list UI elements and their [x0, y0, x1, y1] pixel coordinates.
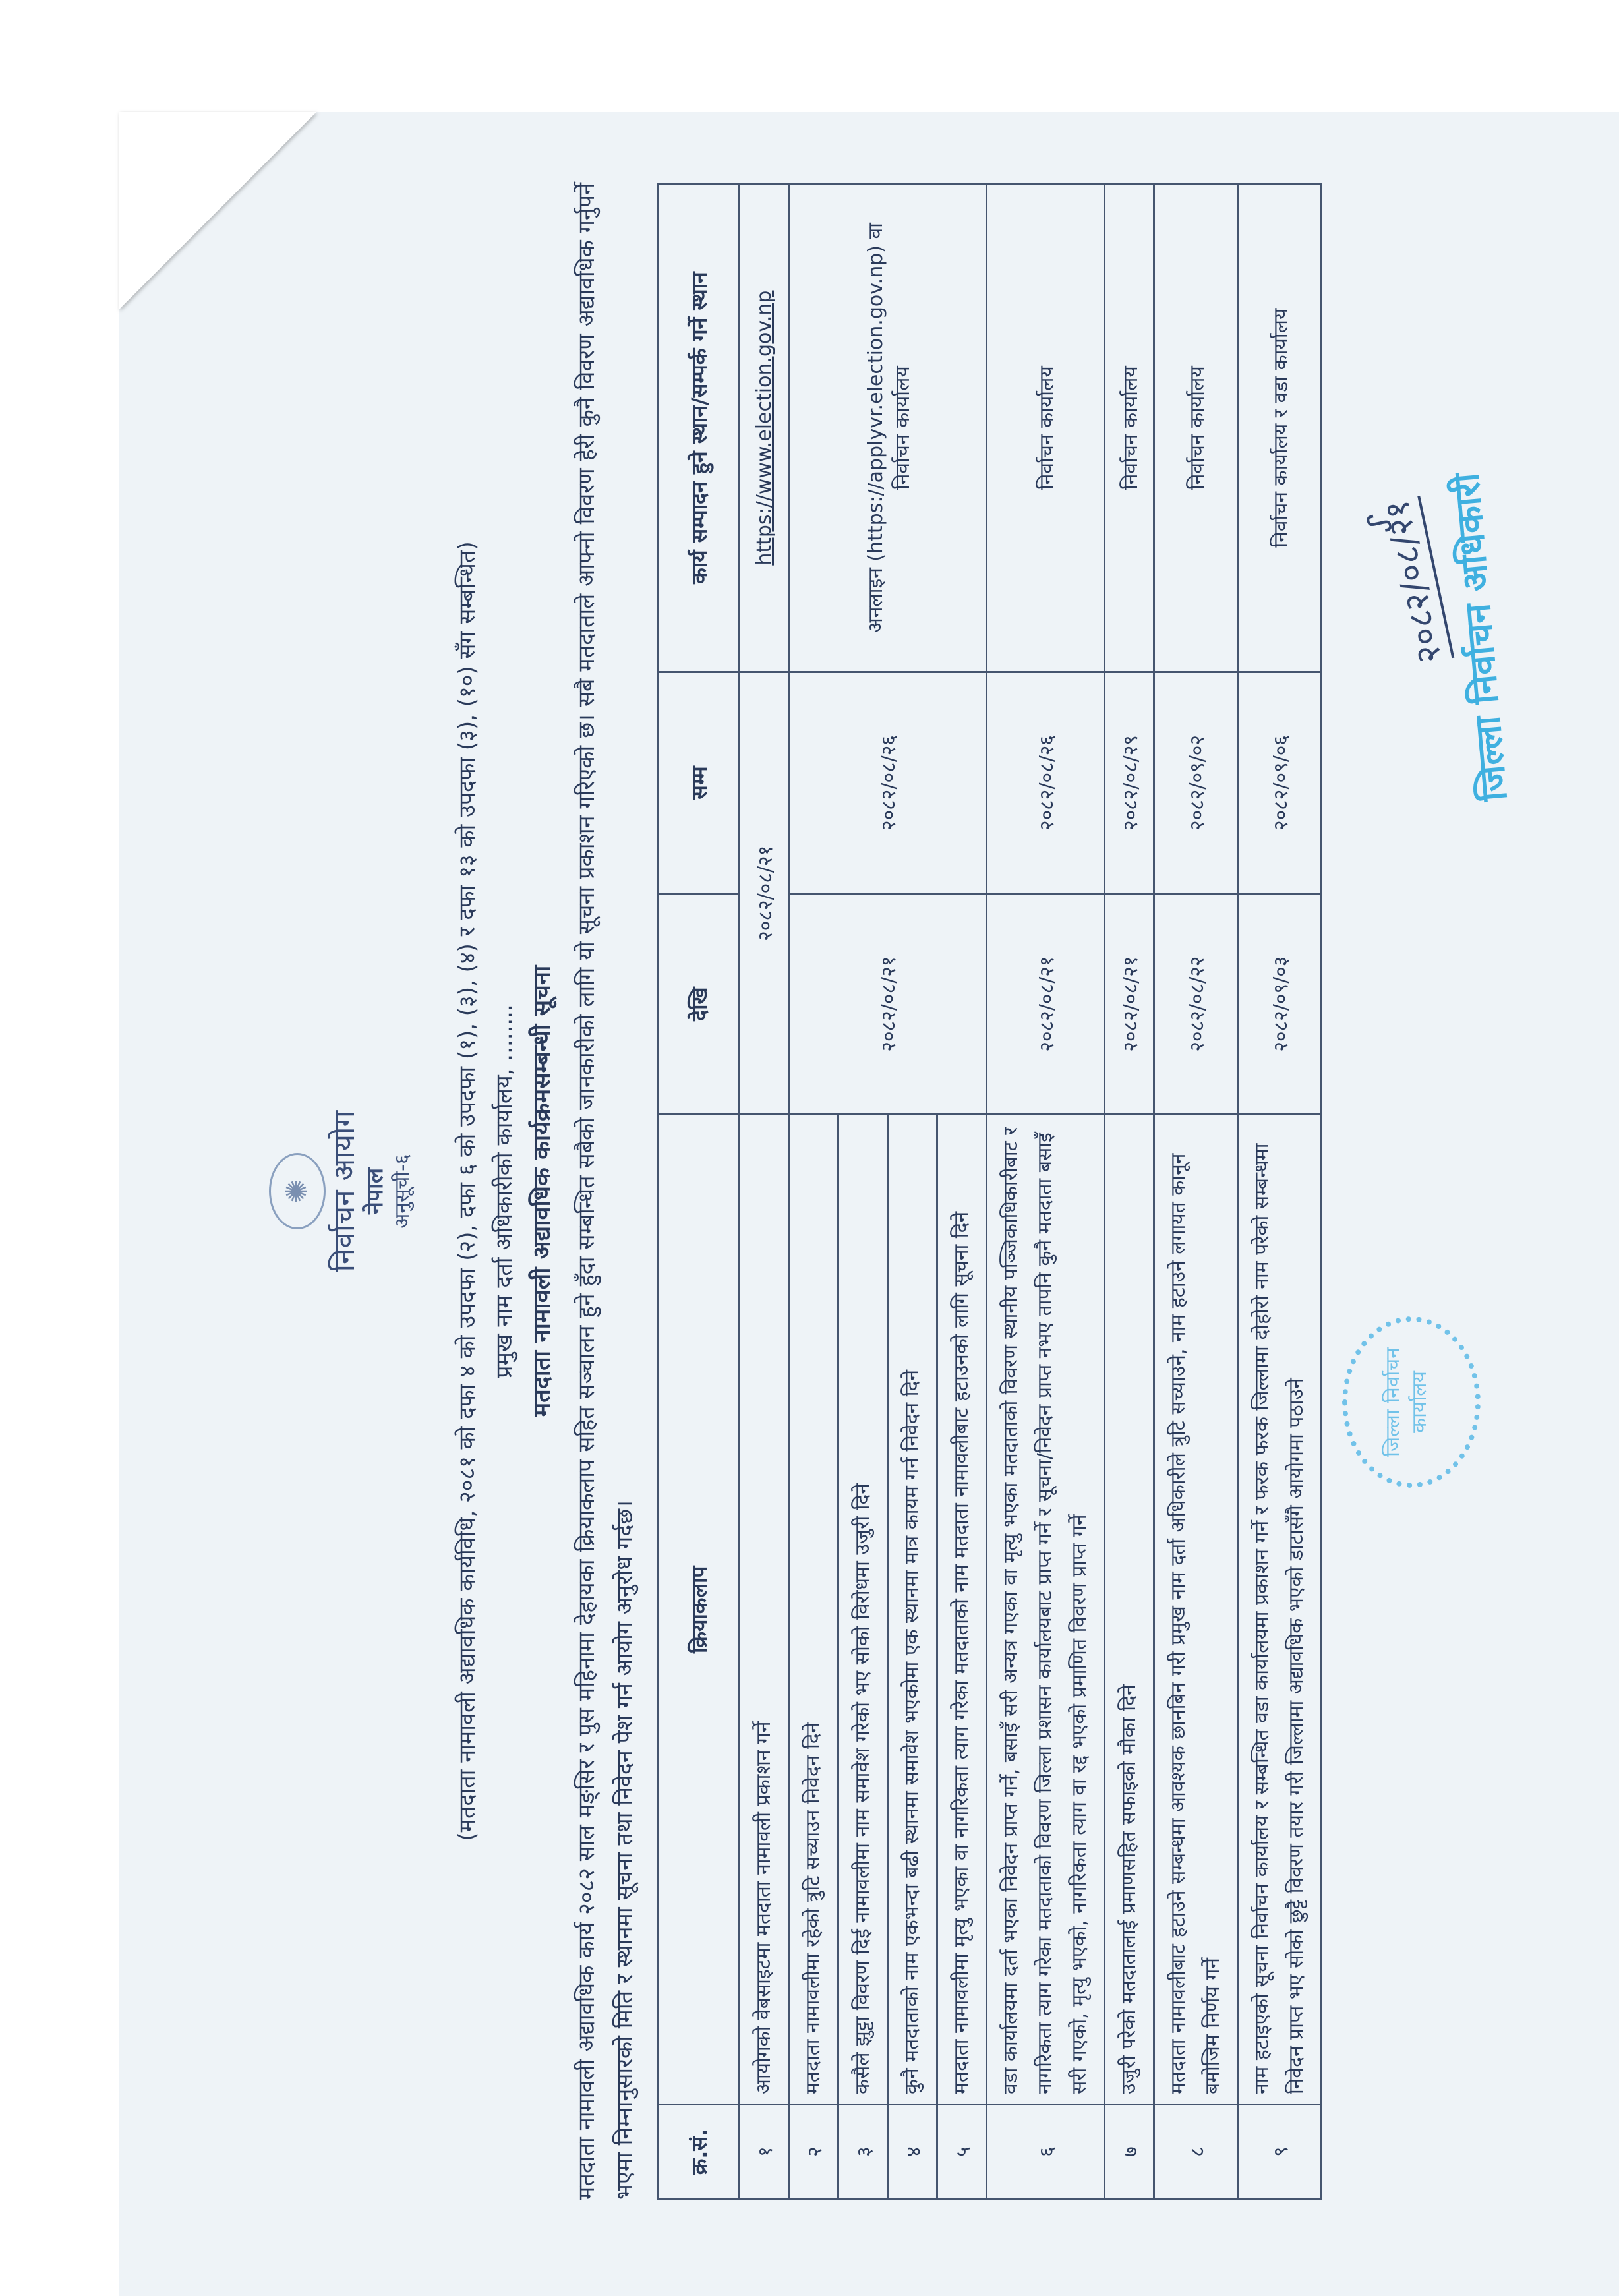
row-activity: उजुरी परेको मतदातालाई प्रमाणसहित सफाइको … [1105, 1114, 1154, 2104]
table-row: ८मतदाता नामावलीबाट हटाउने सम्बन्धमा आवश्… [1154, 183, 1238, 2198]
signature-date: २०८२/०८/२१ [1372, 495, 1455, 667]
column-header-to: सम्म [659, 672, 740, 893]
row-activity: कुनै मतदाताको नाम एकभन्दा बढी स्थानमा सम… [888, 1114, 937, 2104]
row-place: निर्वाचन कार्यालय [1105, 183, 1154, 672]
row-activity: मतदाता नामावलीमा रहेको त्रुटि सच्याउन नि… [789, 1114, 839, 2104]
table-row: १आयोगको वेबसाइटमा मतदाता नामावली प्रकाशन… [740, 183, 789, 2198]
document-header: ✺ निर्वाचन आयोग नेपाल अनुसूची-६ [269, 169, 447, 2213]
row-to-date: २०८२/०८/२६ [789, 672, 987, 893]
row-activity: कसैले झुट्टा विवरण दिई नामावलीमा नाम समा… [839, 1114, 888, 2104]
table-row: ६वडा कार्यालयमा दर्ता भएका निवेदन प्राप्… [987, 183, 1105, 2198]
notice-document: ✺ निर्वाचन आयोग नेपाल अनुसूची-६ (मतदाता … [269, 169, 1521, 2213]
row-place-link[interactable]: https://www.election.gov.np [740, 183, 789, 672]
row-from-date: २०८२/०८/२१ [987, 893, 1105, 1115]
row-from-date: २०८२/०८/२१ [1105, 893, 1154, 1115]
nepal-emblem-icon: ✺ [269, 1153, 326, 1229]
row-activity: मतदाता नामावलीबाट हटाउने सम्बन्धमा आवश्य… [1154, 1114, 1238, 2104]
row-number: ८ [1154, 2104, 1238, 2198]
row-activity: आयोगको वेबसाइटमा मतदाता नामावली प्रकाशन … [740, 1114, 789, 2104]
stamp-text: जिल्ला निर्वाचन कार्यालय [1382, 1347, 1431, 1457]
legal-reference: (मतदाता नामावली अद्यावधिक कार्यविधि, २०८… [451, 169, 481, 2213]
row-number: ७ [1105, 2104, 1154, 2198]
column-header-sn: क्र.सं. [659, 2104, 740, 2198]
column-header-activity: क्रियाकलाप [659, 1114, 740, 2104]
row-from-date: २०८२/०८/२१ [789, 893, 987, 1115]
notice-title: मतदाता नामावली अद्यावधिक कार्यक्रमसम्बन्… [525, 169, 557, 2213]
row-activity: वडा कार्यालयमा दर्ता भएका निवेदन प्राप्त… [987, 1114, 1105, 2104]
office-line: प्रमुख नाम दर्ता अधिकारीको कार्यालय, ...… [488, 169, 518, 2213]
row-activity: नाम हटाइएको सूचना निर्वाचन कार्यालय र सम… [1238, 1114, 1322, 2104]
row-to-date: २०८२/०९/०२ [1154, 672, 1238, 893]
row-place: निर्वाचन कार्यालय र वडा कार्यालय [1238, 183, 1322, 672]
row-place: निर्वाचन कार्यालय [987, 183, 1105, 672]
row-number: ३ [839, 2104, 888, 2198]
schedule-table: क्र.सं. क्रियाकलाप देखि सम्म कार्य सम्पा… [657, 183, 1322, 2200]
table-row: ७उजुरी परेको मतदातालाई प्रमाणसहित सफाइको… [1105, 183, 1154, 2198]
row-number: ६ [987, 2104, 1105, 2198]
row-number: ५ [937, 2104, 987, 2198]
column-header-from: देखि [659, 893, 740, 1115]
office-stamp: जिल्ला निर्वाचन कार्यालय [1342, 1316, 1481, 1488]
row-place: निर्वाचन कार्यालय [1154, 183, 1238, 672]
row-to-date: २०८२/०८/२९ [1105, 672, 1154, 893]
row-activity: मतदाता नामावलीमा मृत्यु भएका वा नागरिकता… [937, 1114, 987, 2104]
row-number: ९ [1238, 2104, 1322, 2198]
row-place: अनलाइन (https://applyvr.election.gov.np)… [789, 183, 987, 672]
row-number: १ [740, 2104, 789, 2198]
row-from-date: २०८२/०९/०३ [1238, 893, 1322, 1115]
organization-name: निर्वाचन आयोग [323, 169, 363, 2213]
row-number: ४ [888, 2104, 937, 2198]
officer-title: जिल्ला निर्वाचन अधिकारी [1440, 471, 1517, 802]
row-to-date: २०८२/०९/०६ [1238, 672, 1322, 893]
row-from-date: २०८२/०८/२१ [740, 672, 789, 1114]
table-row: ९नाम हटाइएको सूचना निर्वाचन कार्यालय र स… [1238, 183, 1322, 2198]
row-from-date: २०८२/०८/२२ [1154, 893, 1238, 1115]
schedule-label: अनुसूची-६ [388, 169, 415, 2213]
intro-paragraph: मतदाता नामावली अद्यावधिक कार्य २०८२ साल … [568, 183, 644, 2200]
table-row: २मतदाता नामावलीमा रहेको त्रुटि सच्याउन न… [789, 183, 839, 2198]
table-header-row: क्र.सं. क्रियाकलाप देखि सम्म कार्य सम्पा… [659, 183, 740, 2198]
country-name: नेपाल [359, 169, 389, 2213]
signature-area: जिल्ला निर्वाचन कार्यालय ᔑ २०८२/०८/२१ जि… [1322, 169, 1520, 2213]
row-to-date: २०८२/०८/२६ [987, 672, 1105, 893]
row-number: २ [789, 2104, 839, 2198]
column-header-place: कार्य सम्पादन हुने स्थान/सम्पर्क गर्ने स… [659, 183, 740, 672]
